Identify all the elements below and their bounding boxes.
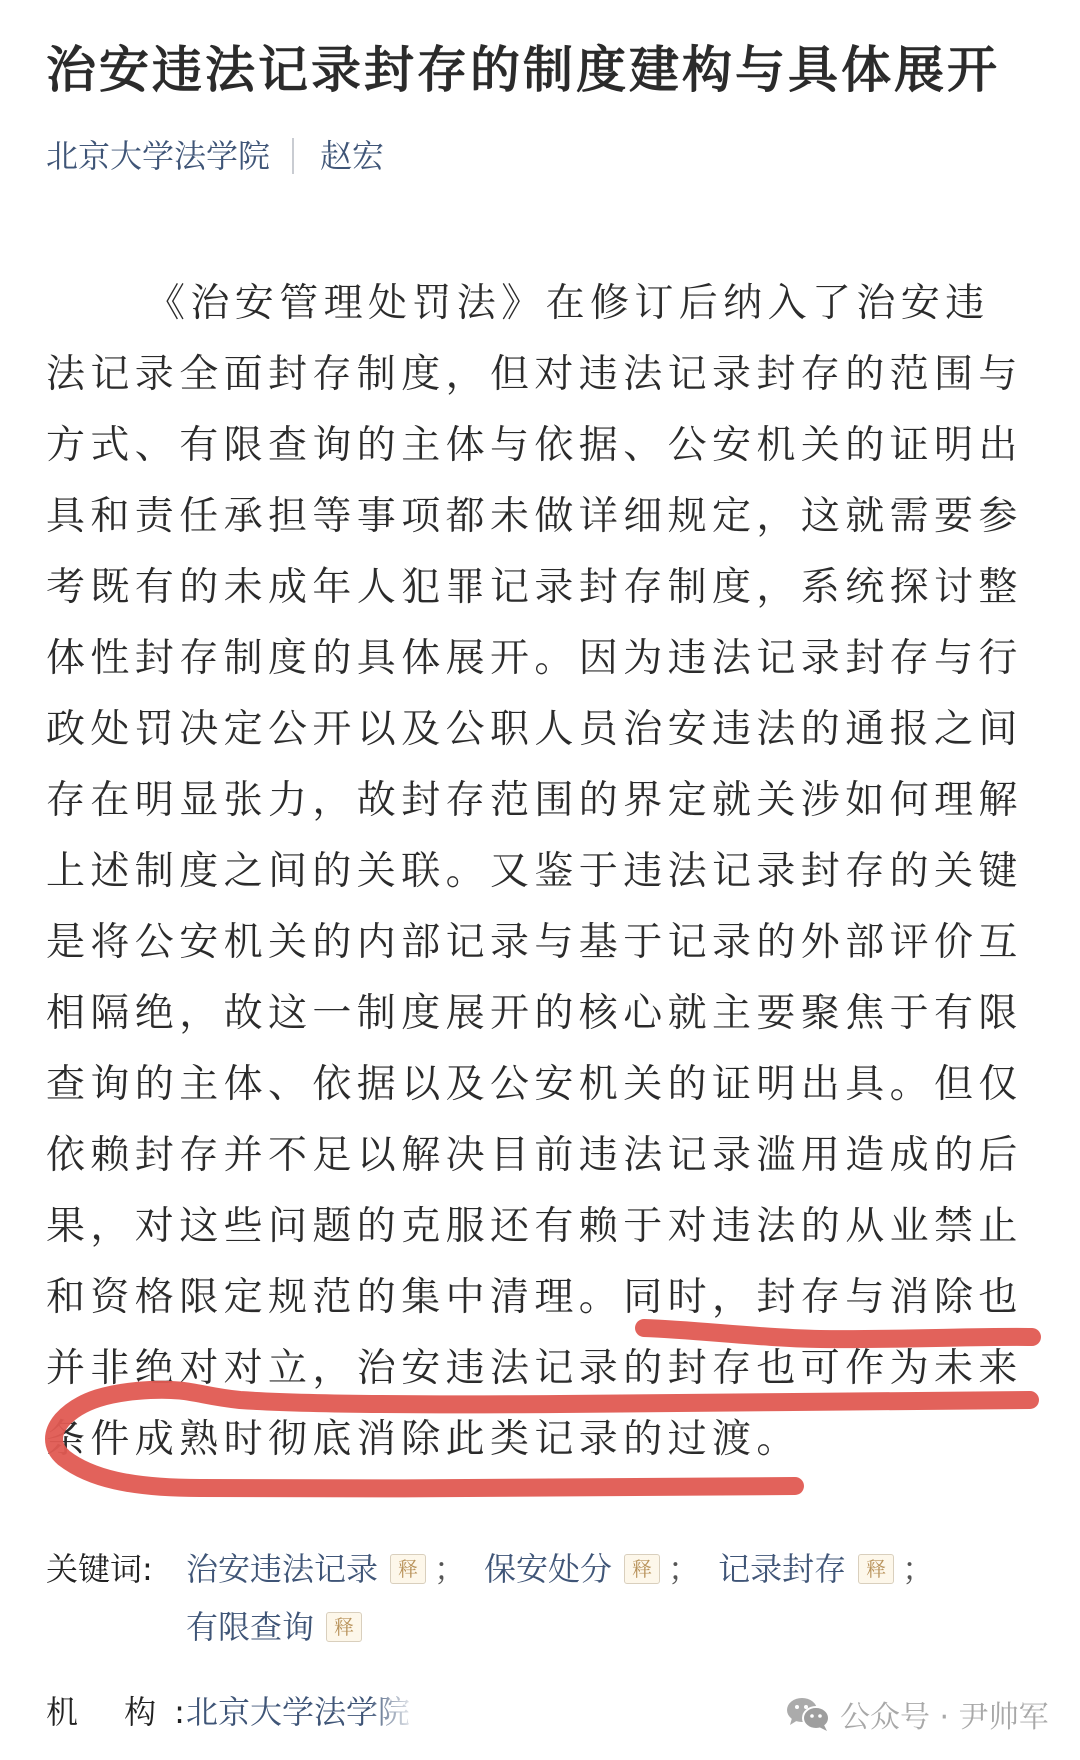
keyword-item: 保安处分 释 ； — [484, 1540, 718, 1598]
abstract-line: 具和责任承担等事项都未做详细规定，这就需要参 — [46, 481, 1036, 552]
abstract-line: 和资格限定规范的集中清理。同时，封存与消除也 — [46, 1262, 1036, 1333]
keywords-list: 治安违法记录 释 ； 保安处分 释 ； 记录封存 释 ； 有限查询 释 — [186, 1540, 1046, 1656]
abstract-line: 条件成熟时彻底消除此类记录的过渡。 — [46, 1404, 1036, 1475]
keyword-separator: ； — [902, 1540, 934, 1598]
abstract-line: 相隔绝，故这一制度展开的核心就主要聚焦于有限 — [46, 978, 1036, 1049]
watermark-text: 公众号 · 尹帅军 — [840, 1692, 1049, 1736]
keywords-label: 关键词: — [46, 1540, 186, 1598]
abstract-line: 体性封存制度的具体展开。因为违法记录封存与行 — [46, 623, 1036, 694]
abstract-line: 依赖封存并不足以解决目前违法记录滥用造成的后 — [46, 1120, 1036, 1191]
institution-link[interactable]: 北京大学法学院 — [186, 1688, 410, 1736]
keyword-explain-badge[interactable]: 释 — [326, 1612, 362, 1642]
abstract-line: 是将公安机关的内部记录与基于记录的外部评价互 — [46, 907, 1036, 978]
keyword-link[interactable]: 记录封存 — [718, 1540, 846, 1598]
abstract-line: 政处罚决定公开以及公职人员治安违法的通报之间 — [46, 694, 1036, 765]
keyword-item: 有限查询 释 — [186, 1598, 362, 1656]
keyword-explain-badge[interactable]: 释 — [390, 1554, 426, 1584]
abstract-line: 并非绝对对立，治安违法记录的封存也可作为未来 — [46, 1333, 1036, 1404]
keyword-separator: ； — [434, 1540, 466, 1598]
fade-overlay — [372, 1688, 410, 1736]
institution-row: 机 构: 北京大学法学院 — [46, 1688, 410, 1736]
abstract-line: 法记录全面封存制度，但对违法记录封存的范围与 — [46, 339, 1036, 410]
abstract-line: 考既有的未成年人犯罪记录封存制度，系统探讨整 — [46, 552, 1036, 623]
keyword-link[interactable]: 治安违法记录 — [186, 1540, 378, 1598]
byline: 北京大学法学院 赵宏 — [46, 134, 384, 178]
abstract-line: 《治安管理处罚法》在修订后纳入了治安违 — [46, 268, 1036, 339]
abstract-body: 《治安管理处罚法》在修订后纳入了治安违 法记录全面封存制度，但对违法记录封存的范… — [46, 268, 1036, 1475]
keyword-link[interactable]: 保安处分 — [484, 1540, 612, 1598]
article-title: 治安违法记录封存的制度建构与具体展开 — [46, 38, 1000, 102]
keyword-separator: ； — [668, 1540, 700, 1598]
abstract-line: 上述制度之间的关联。又鉴于违法记录封存的关键 — [46, 836, 1036, 907]
author-link[interactable]: 赵宏 — [320, 134, 384, 178]
wechat-watermark: 公众号 · 尹帅军 — [786, 1692, 1049, 1736]
abstract-line: 方式、有限查询的主体与依据、公安机关的证明出 — [46, 410, 1036, 481]
keyword-item: 记录封存 释 ； — [718, 1540, 952, 1598]
institution-label: 机 构: — [46, 1688, 186, 1736]
abstract-line: 存在明显张力，故封存范围的界定就关涉如何理解 — [46, 765, 1036, 836]
abstract-line: 果，对这些问题的克服还有赖于对违法的从业禁止 — [46, 1191, 1036, 1262]
byline-divider — [292, 138, 294, 174]
wechat-icon — [786, 1696, 830, 1732]
keywords-row: 关键词: 治安违法记录 释 ； 保安处分 释 ； 记录封存 释 ； 有限查询 释 — [46, 1540, 1046, 1656]
keyword-item: 治安违法记录 释 ； — [186, 1540, 484, 1598]
keyword-explain-badge[interactable]: 释 — [858, 1554, 894, 1584]
affiliation-link[interactable]: 北京大学法学院 — [46, 134, 270, 178]
keyword-explain-badge[interactable]: 释 — [624, 1554, 660, 1584]
abstract-line: 查询的主体、依据以及公安机关的证明出具。但仅 — [46, 1049, 1036, 1120]
keyword-link[interactable]: 有限查询 — [186, 1598, 314, 1656]
